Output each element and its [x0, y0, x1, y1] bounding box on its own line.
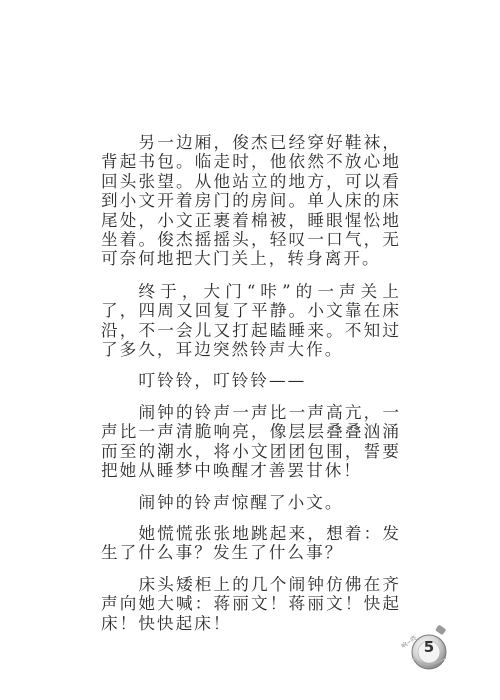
paragraph-5: 闹钟的铃声惊醒了小文。	[101, 493, 401, 512]
paragraph-6: 她慌慌张张地跳起来，想着：发生了什么事？发生了什么事？	[101, 524, 401, 563]
page-folio: 响~咚 5	[398, 624, 458, 674]
paragraph-7: 床头矮柜上的几个闹钟仿佛在齐声向她大喊：蒋丽文！蒋丽文！快起床！快快起床！	[101, 575, 401, 633]
story-text: 另一边厢，俊杰已经穿好鞋袜，背起书包。临走时，他依然不放心地回头张望。从他站立的…	[101, 133, 401, 645]
page-number: 5	[414, 638, 444, 656]
paragraph-3: 叮铃铃，叮铃铃——	[101, 371, 401, 390]
paragraph-1: 另一边厢，俊杰已经穿好鞋袜，背起书包。临走时，他依然不放心地回头张望。从他站立的…	[101, 133, 401, 269]
paragraph-2: 终于，大门“咔”的一声关上了，四周又回复了平静。小文靠在床沿，不一会儿又打起瞌睡…	[101, 282, 401, 360]
paragraph-4: 闹钟的铃声一声比一声高亢，一声比一声清脆响亮，像层层叠叠汹涌而至的潮水，将小文团…	[101, 403, 401, 481]
